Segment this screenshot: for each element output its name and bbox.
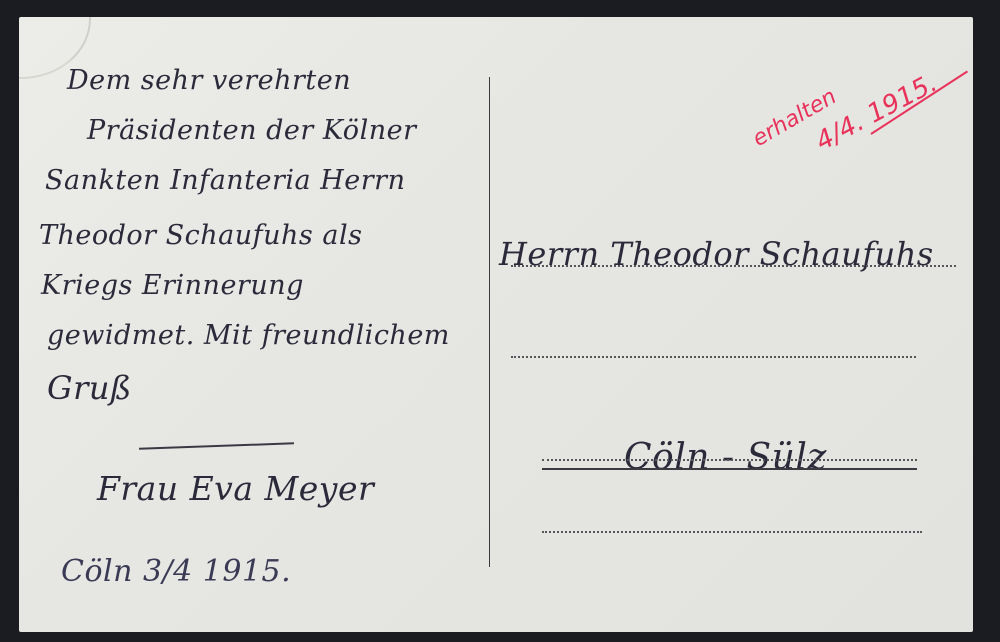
address-line-3	[542, 459, 917, 461]
message-line-5: Kriegs Erinnerung	[41, 272, 304, 299]
message-line-2: Präsidenten der Kölner	[87, 117, 416, 144]
message-line-4: Theodor Schaufuhs als	[39, 222, 362, 249]
message-line-6: gewidmet. Mit freundlichem	[47, 322, 450, 349]
address-city: Cöln - Sülz	[624, 437, 827, 478]
place-date: Cöln 3/4 1915.	[61, 557, 291, 587]
address-line-4	[542, 531, 922, 533]
address-line-1	[511, 265, 956, 267]
card-divider	[489, 77, 490, 567]
message-line-1: Dem sehr verehrten	[67, 67, 351, 94]
message-line-7: Gruß	[47, 372, 132, 404]
signature-rule	[139, 442, 294, 449]
message-line-3: Sankten Infanteria Herrn	[45, 167, 405, 194]
address-line-2	[511, 356, 916, 358]
city-underline	[542, 468, 917, 470]
postcard: Dem sehr verehrten Präsidenten der Kölne…	[19, 17, 973, 632]
address-recipient: Herrn Theodor Schaufuhs	[499, 235, 934, 273]
signature: Frau Eva Meyer	[97, 469, 374, 508]
received-note-date: 4/4. 1915.	[811, 68, 942, 157]
